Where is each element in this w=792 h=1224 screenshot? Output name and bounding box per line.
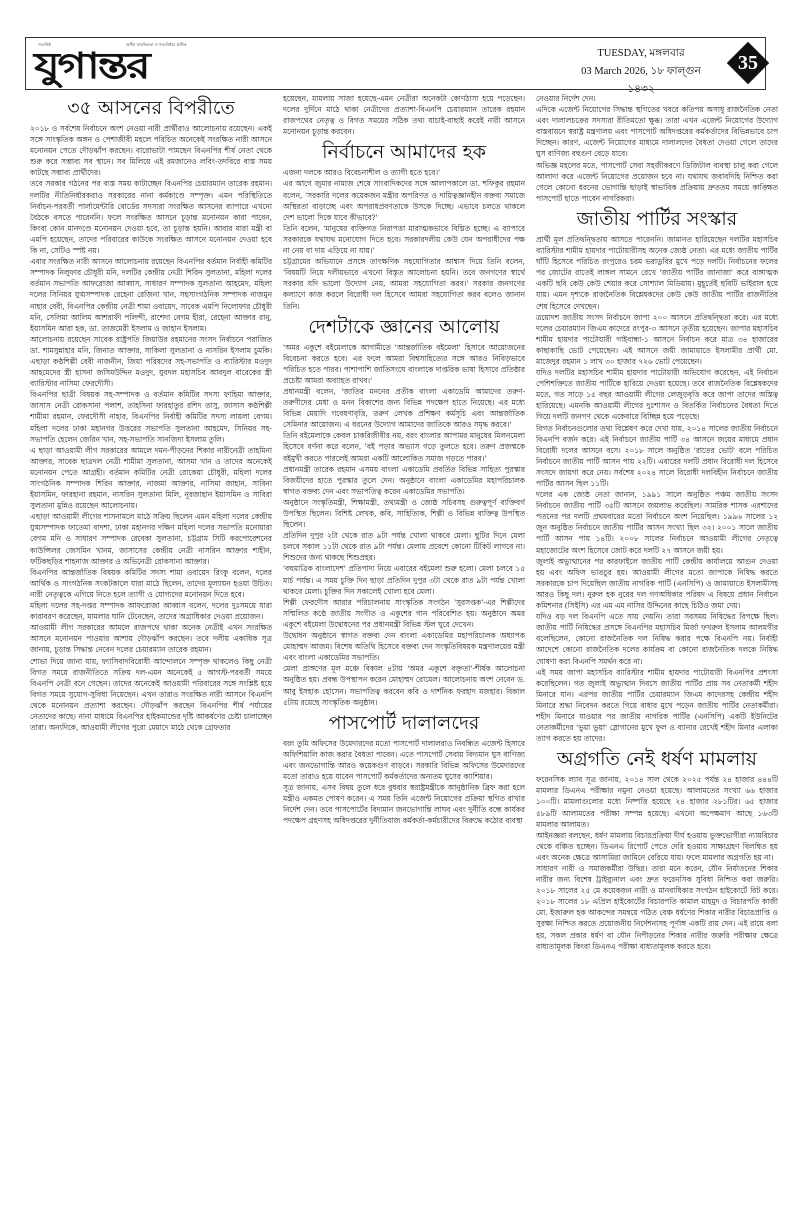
- masthead: সত্যনিষ্ঠ অসীম সাহসিকতা ও সত্যনিষ্ঠার প্…: [25, 37, 766, 90]
- article-paragraph: চট্টগ্রামের অভিযানে প্রসঙ্গে তাৎক্ষণিক স…: [283, 256, 525, 311]
- article-paragraph: মহিলা দলের সহ-দপ্তর সম্পাদক আফরোজা আব্বা…: [30, 600, 272, 622]
- article-paragraph: প্রধানমন্ত্রী তারেক রহমান এসময় বাংলা এক…: [283, 464, 525, 497]
- article-paragraph: এবার সংরক্ষিত নারী আসনে আলোচনায় রয়েছেন…: [30, 256, 272, 334]
- article-paragraph: তবে সরকার গঠনের পর ব্যস্ত সময় কাটাচ্ছেন…: [30, 178, 272, 256]
- page-number-badge: 35: [726, 41, 770, 85]
- article-paragraph: প্রধানমন্ত্রী বলেন, 'জাতির মননের প্রতীক …: [283, 386, 525, 430]
- article-paragraph: সাধারণ নারী ও সমাজকর্মীরা উদ্বিগ্ন। তারা…: [536, 863, 778, 952]
- article-headline: নির্বাচনে আমাদের হক: [283, 139, 525, 165]
- article-paragraph: ২০১৮ ও সর্বশেষ নির্বাচনে অংশ নেওয়া নারী…: [30, 123, 272, 178]
- day-label: TUESDAY, মঙ্গলবার: [571, 45, 711, 63]
- article-paragraph: শিল্পী ফেরদৌস আরার পরিচালনায় সাংস্কৃতিক…: [283, 597, 525, 630]
- article-headline: দেশটাকে জ্ঞানের আলোয়: [283, 314, 525, 340]
- column-1: ৩৫ আসনের বিপরীতে২০১৮ ও সর্বশেষ নির্বাচনে…: [30, 93, 272, 1133]
- article-paragraph: 'বহুমাত্রিক বাংলাদেশ' প্রতিপাদ্য নিয়ে এ…: [283, 563, 525, 596]
- newspaper-logo: যুগান্তর: [34, 46, 148, 86]
- article-paragraph: এজন্য দলকে আরও বিবেচনাশীল ও ত্যাগী হতে হ…: [283, 167, 525, 178]
- article-paragraph: এদিকে এজেন্ট নিয়োগের সিদ্ধান্ত স্থগিতের…: [536, 104, 778, 159]
- article-headline: পাসপোর্ট দালালদের: [283, 710, 525, 736]
- article-paragraph: আওয়ামী লীগ সরকারের আমলে রাজপথে থাকা অনে…: [30, 622, 272, 655]
- article-paragraph: এ ছাড়া আওয়ামী লীগ সরকারের আমলে দমন-পীড…: [30, 445, 272, 512]
- article-paragraph: হয়েছেন, মামলায় সাজা হয়েছে-এমন নেত্রীর…: [283, 93, 525, 137]
- article-paragraph: প্রার্থী মূল প্রতিদ্বন্দ্বিতায় আসতে পার…: [536, 234, 778, 312]
- article-paragraph: শোভা দিয়ে জানা যায়, ফ্যাসিবাদবিরোধী আন…: [30, 656, 272, 734]
- article-paragraph: মেলা প্রাঙ্গণের মূল মঞ্চে বিকাল ৪টায় 'অ…: [283, 663, 525, 707]
- article-paragraph: বিএনপির ছাত্রী বিষয়ক সহ-সম্পাদক ও বর্তম…: [30, 389, 272, 444]
- article-paragraph: বরং তুমি অফিসের উমেদারদের মতো পাসপোর্ট দ…: [283, 738, 525, 782]
- article-paragraph: এর আগে জুমার নামাজ শেষে সাংবাদিকদের সঙ্গ…: [283, 178, 525, 222]
- article-paragraph: তিনি বইমেলাকে কেবল চাকরিজীবীর নয়, বরং ব…: [283, 430, 525, 463]
- article-headline: জাতীয় পার্টির সংস্কার: [536, 206, 778, 232]
- article-paragraph: আলোচনায় রয়েছেন সাবেক রাষ্ট্রপতি জিয়াউ…: [30, 334, 272, 389]
- article-paragraph: ফরেনসিক ল্যাব সূত্র জানায়, ২০১৪ সাল থেক…: [536, 774, 778, 829]
- column-3: নেওয়ার নির্দেশ দেন।এদিকে এজেন্ট নিয়োগে…: [536, 93, 778, 1133]
- article-paragraph: অনুষ্ঠানে সংস্কৃতিমন্ত্রী, শিক্ষামন্ত্রী…: [283, 497, 525, 530]
- article-paragraph: দলের এক জ্যেষ্ঠ নেতা জানান, ১৯৯১ সালে অন…: [536, 489, 778, 556]
- article-paragraph: উদ্বোধন অনুষ্ঠানে স্বাগত বক্তব্য দেন বাং…: [283, 630, 525, 663]
- article-paragraph: তিনি বলেন, 'মানুষের ব্যক্তিগত নিরাপত্তা …: [283, 223, 525, 256]
- article-paragraph: বিএনপির আন্তর্জাতিক বিষয়ক কমিটির সদস্য …: [30, 567, 272, 600]
- article-paragraph: সূত্র জানায়, এসব বিষয় তুলে ধরে বুধবার …: [283, 782, 525, 826]
- article-paragraph: 'অমর একুশে বইমেলাকে আগামীতে 'আন্তর্জাতিক…: [283, 342, 525, 386]
- article-headline: অগ্রগতি নেই ধর্ষণ মামলায়: [536, 746, 778, 772]
- article-paragraph: প্রতিদিন দুপুর ২টা থেকে রাত ৯টা পর্যন্ত …: [283, 530, 525, 563]
- article-paragraph: অভিজ্ঞ মহলের মতে, পাসপোর্ট সেবা সহজীকরণে…: [536, 160, 778, 204]
- article-paragraph: এছাড়া আওয়ামী লীগের শাসনামলে মাঠে সক্রি…: [30, 511, 272, 566]
- article-paragraph: বিগত নির্বাচনগুলোর তথ্য বিশ্লেষণ করে দেখ…: [536, 423, 778, 490]
- article-paragraph: এই সময় জাপা মহাসচিব ব্যারিস্টার শামীম হ…: [536, 667, 778, 745]
- article-paragraph: নেওয়ার নির্দেশ দেন।: [536, 93, 778, 104]
- article-paragraph: ত্রয়োদশ জাতীয় সংসদ নির্বাচনে জাপা ২০০ …: [536, 312, 778, 367]
- article-paragraph: যদিও দলটির মহাসচিব শামীম হায়দার পাটোয়া…: [536, 367, 778, 422]
- dateline: TUESDAY, মঙ্গলবার 03 March 2026, ১৮ ফাল্…: [571, 45, 711, 99]
- page-number: 35: [726, 41, 770, 85]
- article-paragraph: জুলাই অভ্যুত্থানের পর কারফাইলে জাতীয় পা…: [536, 556, 778, 611]
- article-paragraph: যদিও বড় দল বিএনপি এতে সায় দেয়নি। তারা…: [536, 611, 778, 666]
- article-paragraph: আইনজ্ঞরা বলছেন, ধর্ষণ মামলায় বিচারপ্রক্…: [536, 830, 778, 863]
- column-2: হয়েছেন, মামলায় সাজা হয়েছে-এমন নেত্রীর…: [283, 93, 525, 1133]
- article-headline: ৩৫ আসনের বিপরীতে: [30, 95, 272, 121]
